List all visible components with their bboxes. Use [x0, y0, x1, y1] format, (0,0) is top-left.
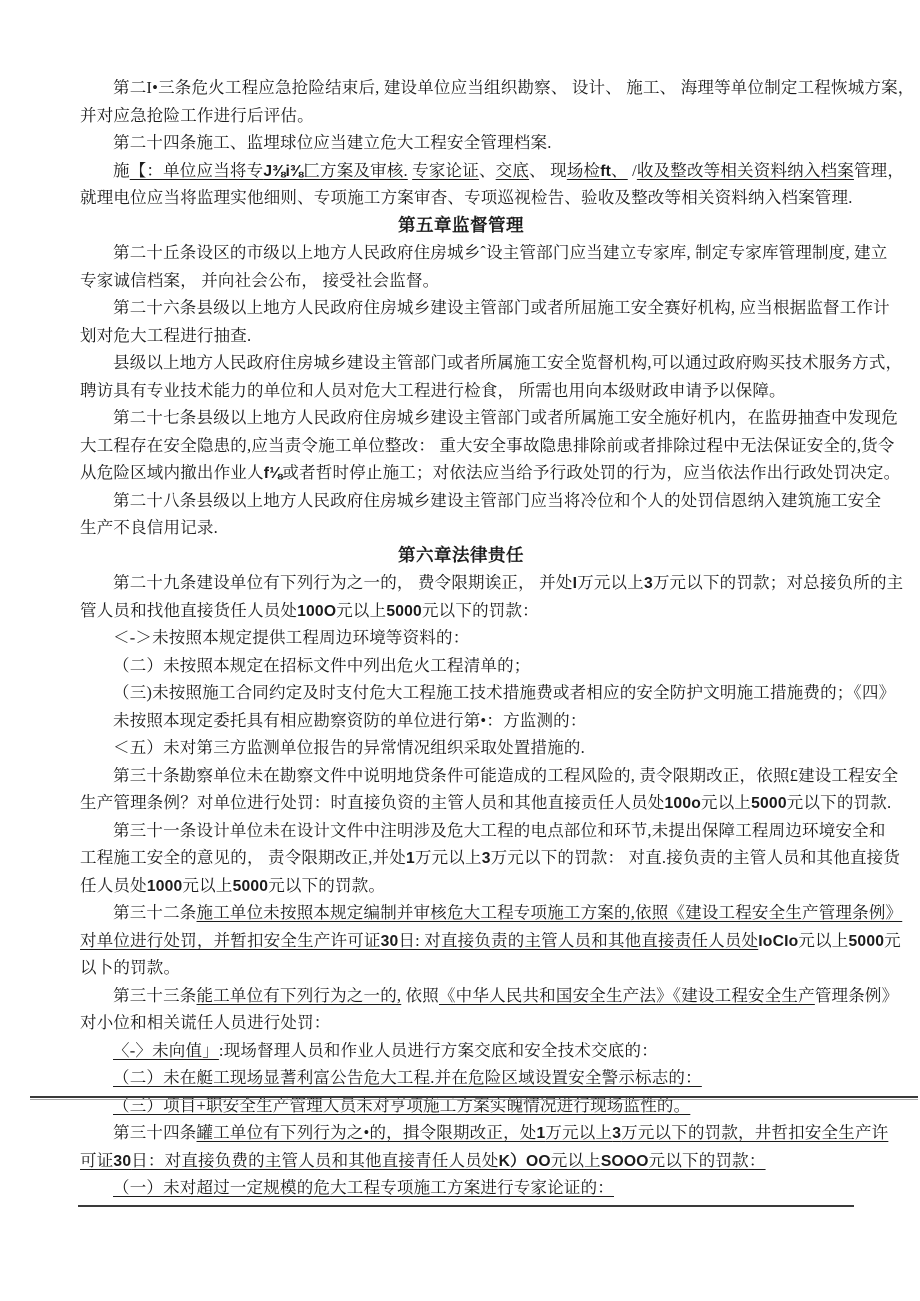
text-run: 交底 — [496, 161, 529, 180]
text-run: 元以下的罚款。 — [268, 876, 385, 895]
text-run: （二）未按照本规定在招标文件中列出危火工程清单的； — [113, 656, 531, 675]
text-line: ＜-＞未按照本规定提供工程周边环境等资料的： — [113, 624, 882, 652]
text-line: 〈-〉未向值」:现场督理人员和作业人员进行方案交底和安全技术交底的： — [113, 1037, 882, 1065]
text-line: 大工程存在安全隐患的,应当责令施工单位整改： 重大安全事故隐患排除前或者排除过程… — [80, 432, 882, 460]
text-run: 以卜的罚款。 — [80, 958, 180, 977]
text-line: 对单位进行处罚，并暂扣安全生产许可证30日: 对直接负责的主管人员和其他直接责任… — [80, 927, 882, 955]
text-run: 、 — [611, 161, 628, 180]
text-line: 划对危大工程进行抽查. — [80, 322, 882, 350]
text-line: 第三十一条设计单位未在设计文件中注明涉及危大工程的电点部位和环节,未提出保障工程… — [113, 817, 882, 845]
text-line: 可证30日：对直接负费的主管人员和其他直接青任人员处K）OO元以上SOOO元以下… — [80, 1147, 882, 1175]
text-line: 第二十四条施工、监埋球位应当建立危大工程安全管理档案. — [113, 129, 882, 157]
text-run: 元 — [884, 931, 901, 950]
text-run: ft — [600, 163, 611, 180]
text-run: 能工单位有下列行为之一的, — [197, 986, 402, 1005]
text-line: 任人员处1000元以上5000元以下的罚款。 — [80, 872, 882, 900]
text-line: （二）未在艇工现场显蓍利富公告危大工程.并在危险区域设置安全警示标志的： — [113, 1064, 882, 1092]
text-line: 生产管理条例？对单位进行处罚：时直接负资的主管人员和其他直接贡任人员处100o元… — [80, 789, 882, 817]
text-run: 施工单位未按照本规定编制并审核危大工程专项施工方案的,依照《建设工程安全生产管理… — [197, 903, 903, 922]
text-run: / — [628, 161, 637, 180]
text-run: 未按照本现定委托具有相应勘察资防的单位进行第•：方监测的： — [113, 711, 587, 730]
text-run: 、 — [479, 161, 496, 180]
text-run: 30 — [381, 933, 399, 950]
text-run: 任人员处 — [80, 876, 147, 895]
text-line: 从危险区域内撤出作业人f⅛或者哲时停止施工；对依法应当给予行政处罚的行为，应当依… — [80, 459, 882, 487]
text-run: :现场督理人员和作业人员进行方案交底和安全技术交底的： — [219, 1041, 658, 1060]
text-run: 专家论证 — [412, 161, 479, 180]
text-run: 或者哲时停止施工；对依法应当给予行政处罚的行为，应当依法作出行政处罚决定。 — [282, 463, 900, 482]
text-run: 第三十条勘察单位未在勘察文件中说明地贷条件可能造成的工程风险的, 责令限期改正，… — [113, 766, 898, 785]
text-line: 第二十六条县级以上地方人民政府住房城乡建设主管部门或者所屈施工安全赛好机构, 应… — [113, 294, 882, 322]
text-run: 万元以上 — [545, 1123, 612, 1142]
document-page: 第二I•三条危火工程应急抢险结束后, 建设单位应当组织勘察、 设计、 施工、 海… — [0, 0, 920, 1301]
text-run: 100o — [665, 795, 702, 812]
text-run: 100O — [297, 603, 336, 620]
text-line: 工程施工安全的意见的， 责令限期改正,并处1万元以上3万元以下的罚款： 对直.接… — [80, 844, 882, 872]
text-run: 日: 对直接负责的主管人员和其他直接责任人员处 — [398, 931, 758, 950]
text-run: ＜-＞未按照本规定提供工程周边环境等资料的： — [113, 628, 469, 647]
text-run: 生产不良信用记录. — [80, 518, 218, 537]
text-run: 3 — [644, 575, 653, 592]
text-line: 第三十三条能工单位有下列行为之一的, 依照《中华人民共和国安全生产法》《建设工程… — [113, 982, 882, 1010]
text-run: 生产管理条例？对单位进行处罚：时直接负资的主管人员和其他直接贡任人员处 — [80, 793, 665, 812]
text-run: 元以下的罚款： — [649, 1151, 766, 1170]
text-run: 《中华人民共和国安全生产法》《建设工程安全生产 — [439, 986, 815, 1005]
text-run: 第二十九条建设单位有下列行为之一的， 费令限期诶正， 并处 — [113, 573, 573, 592]
text-run: 就理电位应当将监理实他细则、专项施工方案审杳、专项巡视检告、验收及整改等相关资料… — [80, 188, 853, 207]
text-line: 县级以上地方人民政府住房城乡建设主管部门或者所属施工安全览督机构,可以通过政府购… — [113, 349, 882, 377]
text-run: 元以下的罚款： — [422, 601, 539, 620]
text-run: SOOO — [601, 1153, 649, 1170]
text-run: 第五章监督管理 — [398, 215, 524, 235]
text-run: 元以上 — [551, 1151, 601, 1170]
text-run: 管理， — [854, 161, 904, 180]
text-run: 第二十丘条设区的市级以上地方人民政府住房城乡ˆ设主管部门应当建立专家库, 制定专… — [113, 243, 888, 262]
text-run: 1000 — [147, 878, 183, 895]
text-line: 专家诚信档案， 并向社会公布， 接受社会监督。 — [80, 267, 882, 295]
text-line: 施【：单位应当将专J⅜i⅜匚方案及审核. 专家论证、交底、 现场检ft、 /收及… — [113, 157, 882, 185]
text-run: 第二十六条县级以上地方人民政府住房城乡建设主管部门或者所屈施工安全赛好机构, 应… — [113, 298, 890, 317]
text-run: 30 — [113, 1153, 131, 1170]
text-line: 第三十二条施工单位未按照本规定编制并审核危大工程专项施工方案的,依照《建设工程安… — [113, 899, 882, 927]
text-run: 万元以上 — [415, 848, 482, 867]
text-run: 施 — [113, 161, 130, 180]
text-run: 第六章法律贵任 — [398, 545, 524, 565]
text-run: 工程施工安全的意见的， 责令限期改正,并处 — [80, 848, 406, 867]
text-run: 第三十三条 — [113, 986, 197, 1005]
text-line: 就理电位应当将监理实他细则、专项施工方案审杳、专项巡视检告、验收及整改等相关资料… — [80, 184, 882, 212]
text-run: 元以上 — [798, 931, 848, 950]
text-run: 万元以上 — [577, 573, 644, 592]
text-line: ＜五）未对第三方监测单位报告的异常情况组织采取处置措施的. — [113, 734, 882, 762]
text-line: 第三十四条罐工单位有下列行为之•的，揖令限期改正，处1万元以上3万元以下的罚款，… — [113, 1119, 882, 1147]
text-run: （三)未按照施工合同约定及时支付危大工程施工技术措施费或者相应的安全防护文明施工… — [113, 683, 895, 702]
chapter-heading: 第六章法律贵任 — [40, 542, 882, 570]
text-run: 收及整改等相关资料纳入档案 — [637, 161, 854, 180]
text-line: 未按照本现定委托具有相应勘察资防的单位进行第•：方监测的： — [113, 707, 882, 735]
text-run: 元以下的罚款. — [787, 793, 892, 812]
text-line: 管人员和找他直接货任人员处100O元以上5000元以下的罚款： — [80, 597, 882, 625]
text-run: 5000 — [751, 795, 787, 812]
text-run: 县级以上地方人民政府住房城乡建设主管部门或者所属施工安全览督机构,可以通过政府购… — [113, 353, 902, 372]
text-line: 对小位和相关谎任人员进行处罚： — [80, 1009, 882, 1037]
text-run: 匚方案及审核. — [303, 161, 408, 180]
text-run: 从危险区域内撤出作业人 — [80, 463, 264, 482]
text-run: 3 — [482, 850, 491, 867]
text-run: 元以上 — [336, 601, 386, 620]
text-line: （三)未按照施工合同约定及时支付危大工程施工技术措施费或者相应的安全防护文明施工… — [113, 679, 882, 707]
text-run: 3 — [612, 1125, 621, 1142]
text-line: 第二I•三条危火工程应急抢险结束后, 建设单位应当组织勘察、 设计、 施工、 海… — [113, 74, 882, 102]
text-line: 第二十九条建设单位有下列行为之一的， 费令限期诶正， 并处I万元以上3万元以下的… — [113, 569, 882, 597]
text-run: 元以上 — [701, 793, 751, 812]
text-run: 第二I•三条危火工程应急抢险结束后, 建设单位应当组织勘察、 设计、 施工、 海… — [113, 78, 915, 97]
text-run: 聘访具有专业技术能力的单位和人员对危大工程进行检食， 所需也用向本级财政申请予以… — [80, 381, 786, 400]
text-run: 第二十七条县级以上地方人民政府住房城乡建设主管部门或者所属施工安全施好机内，在监… — [113, 408, 898, 427]
text-run: 、 现 — [529, 161, 567, 180]
text-run: 第三十四条 — [113, 1123, 197, 1142]
text-run: 划对危大工程进行抽查. — [80, 326, 251, 345]
text-run: 元以上 — [182, 876, 232, 895]
text-line: 并对应急抢险工作进行后评估。 — [80, 102, 882, 130]
text-line: 以卜的罚款。 — [80, 954, 882, 982]
text-run: 对小位和相关谎任人员进行处罚： — [80, 1013, 331, 1032]
text-run: 1 — [406, 850, 415, 867]
document-body: 第二I•三条危火工程应急抢险结束后, 建设单位应当组织勘察、 设计、 施工、 海… — [40, 74, 882, 1202]
text-run: 日：对直接负费的主管人员和其他直接青任人员处 — [131, 1151, 498, 1170]
horizontal-rule — [78, 1205, 854, 1207]
text-run: 第二十八条县级以上地方人民政府住房城乡建设主管部门应当将冷位和个人的处罚信恩纳入… — [113, 491, 881, 510]
text-run: 第三十二条 — [113, 903, 197, 922]
text-run: （二）未在艇工现场显蓍利富公告危大工程.并在危险区域设置安全警示标志的： — [113, 1068, 702, 1087]
text-run: 5000 — [386, 603, 422, 620]
text-run: 第三十一条设计单位未在设计文件中注明涉及危大工程的电点部位和环节,未提出保障工程… — [113, 821, 886, 840]
text-line: 第三十条勘察单位未在勘察文件中说明地贷条件可能造成的工程风险的, 责令限期改正，… — [113, 762, 882, 790]
text-line: （一）未对超过一定规模的危大工程专项施工方案进行专家论证的： — [113, 1174, 882, 1202]
text-run: 万元以下的罚款： 对直.接负责的主管人员和其他直接货 — [491, 848, 900, 867]
text-line: 第二十八条县级以上地方人民政府住房城乡建设主管部门应当将冷位和个人的处罚信恩纳入… — [113, 487, 882, 515]
text-run: 第二十四条施工、监埋球位应当建立危大工程安全管理档案. — [113, 133, 552, 152]
text-run: f⅛ — [264, 465, 283, 482]
text-run: 5000 — [233, 878, 269, 895]
text-run: 依照 — [401, 986, 439, 1005]
text-run: 专家诚信档案， 并向社会公布， 接受社会监督。 — [80, 271, 439, 290]
text-line: 第二十丘条设区的市级以上地方人民政府住房城乡ˆ设主管部门应当建立专家库, 制定专… — [113, 239, 882, 267]
text-run: 万元以下的罚款；对总接负所的主 — [653, 573, 904, 592]
text-line: 第二十七条县级以上地方人民政府住房城乡建设主管部门或者所属施工安全施好机内，在监… — [113, 404, 882, 432]
text-run: 大工程存在安全隐患的,应当责令施工单位整改： 重大安全事故隐患排除前或者排除过程… — [80, 436, 895, 455]
text-run: 万元以下的罚款，井哲扣安全生产许 — [621, 1123, 888, 1142]
text-run: （一）未对超过一定规模的危大工程专项施工方案进行专家论证的： — [113, 1178, 614, 1197]
text-run: 并对应急抢险工作进行后评估。 — [80, 106, 314, 125]
text-run: 〈-〉未向值」 — [113, 1041, 219, 1060]
text-run: J⅜i⅜ — [263, 163, 303, 180]
text-line: 生产不良信用记录. — [80, 514, 882, 542]
text-run: 管理条例》 — [815, 986, 899, 1005]
text-run: 可证 — [80, 1151, 113, 1170]
text-line: 聘访具有专业技术能力的单位和人员对危大工程进行检食， 所需也用向本级财政申请予以… — [80, 377, 882, 405]
horizontal-rule — [30, 1096, 918, 1100]
chapter-heading: 第五章监督管理 — [40, 212, 882, 240]
text-run: 罐工单位有下列行为之•的，揖令限期改正，处 — [197, 1123, 537, 1142]
text-run: 对单位进行处罚，并暂扣安全生产许可证 — [80, 931, 381, 950]
text-line: （二）未按照本规定在招标文件中列出危火工程清单的； — [113, 652, 882, 680]
text-run: 【：单位应当将专 — [130, 161, 264, 180]
text-run: K）OO — [499, 1153, 551, 1170]
text-run: IoCIo — [758, 933, 798, 950]
text-run: 5000 — [849, 933, 885, 950]
text-run: 场检 — [567, 161, 600, 180]
text-run: 管人员和找他直接货任人员处 — [80, 601, 297, 620]
text-run: ＜五）未对第三方监测单位报告的异常情况组织采取处置措施的. — [113, 738, 585, 757]
